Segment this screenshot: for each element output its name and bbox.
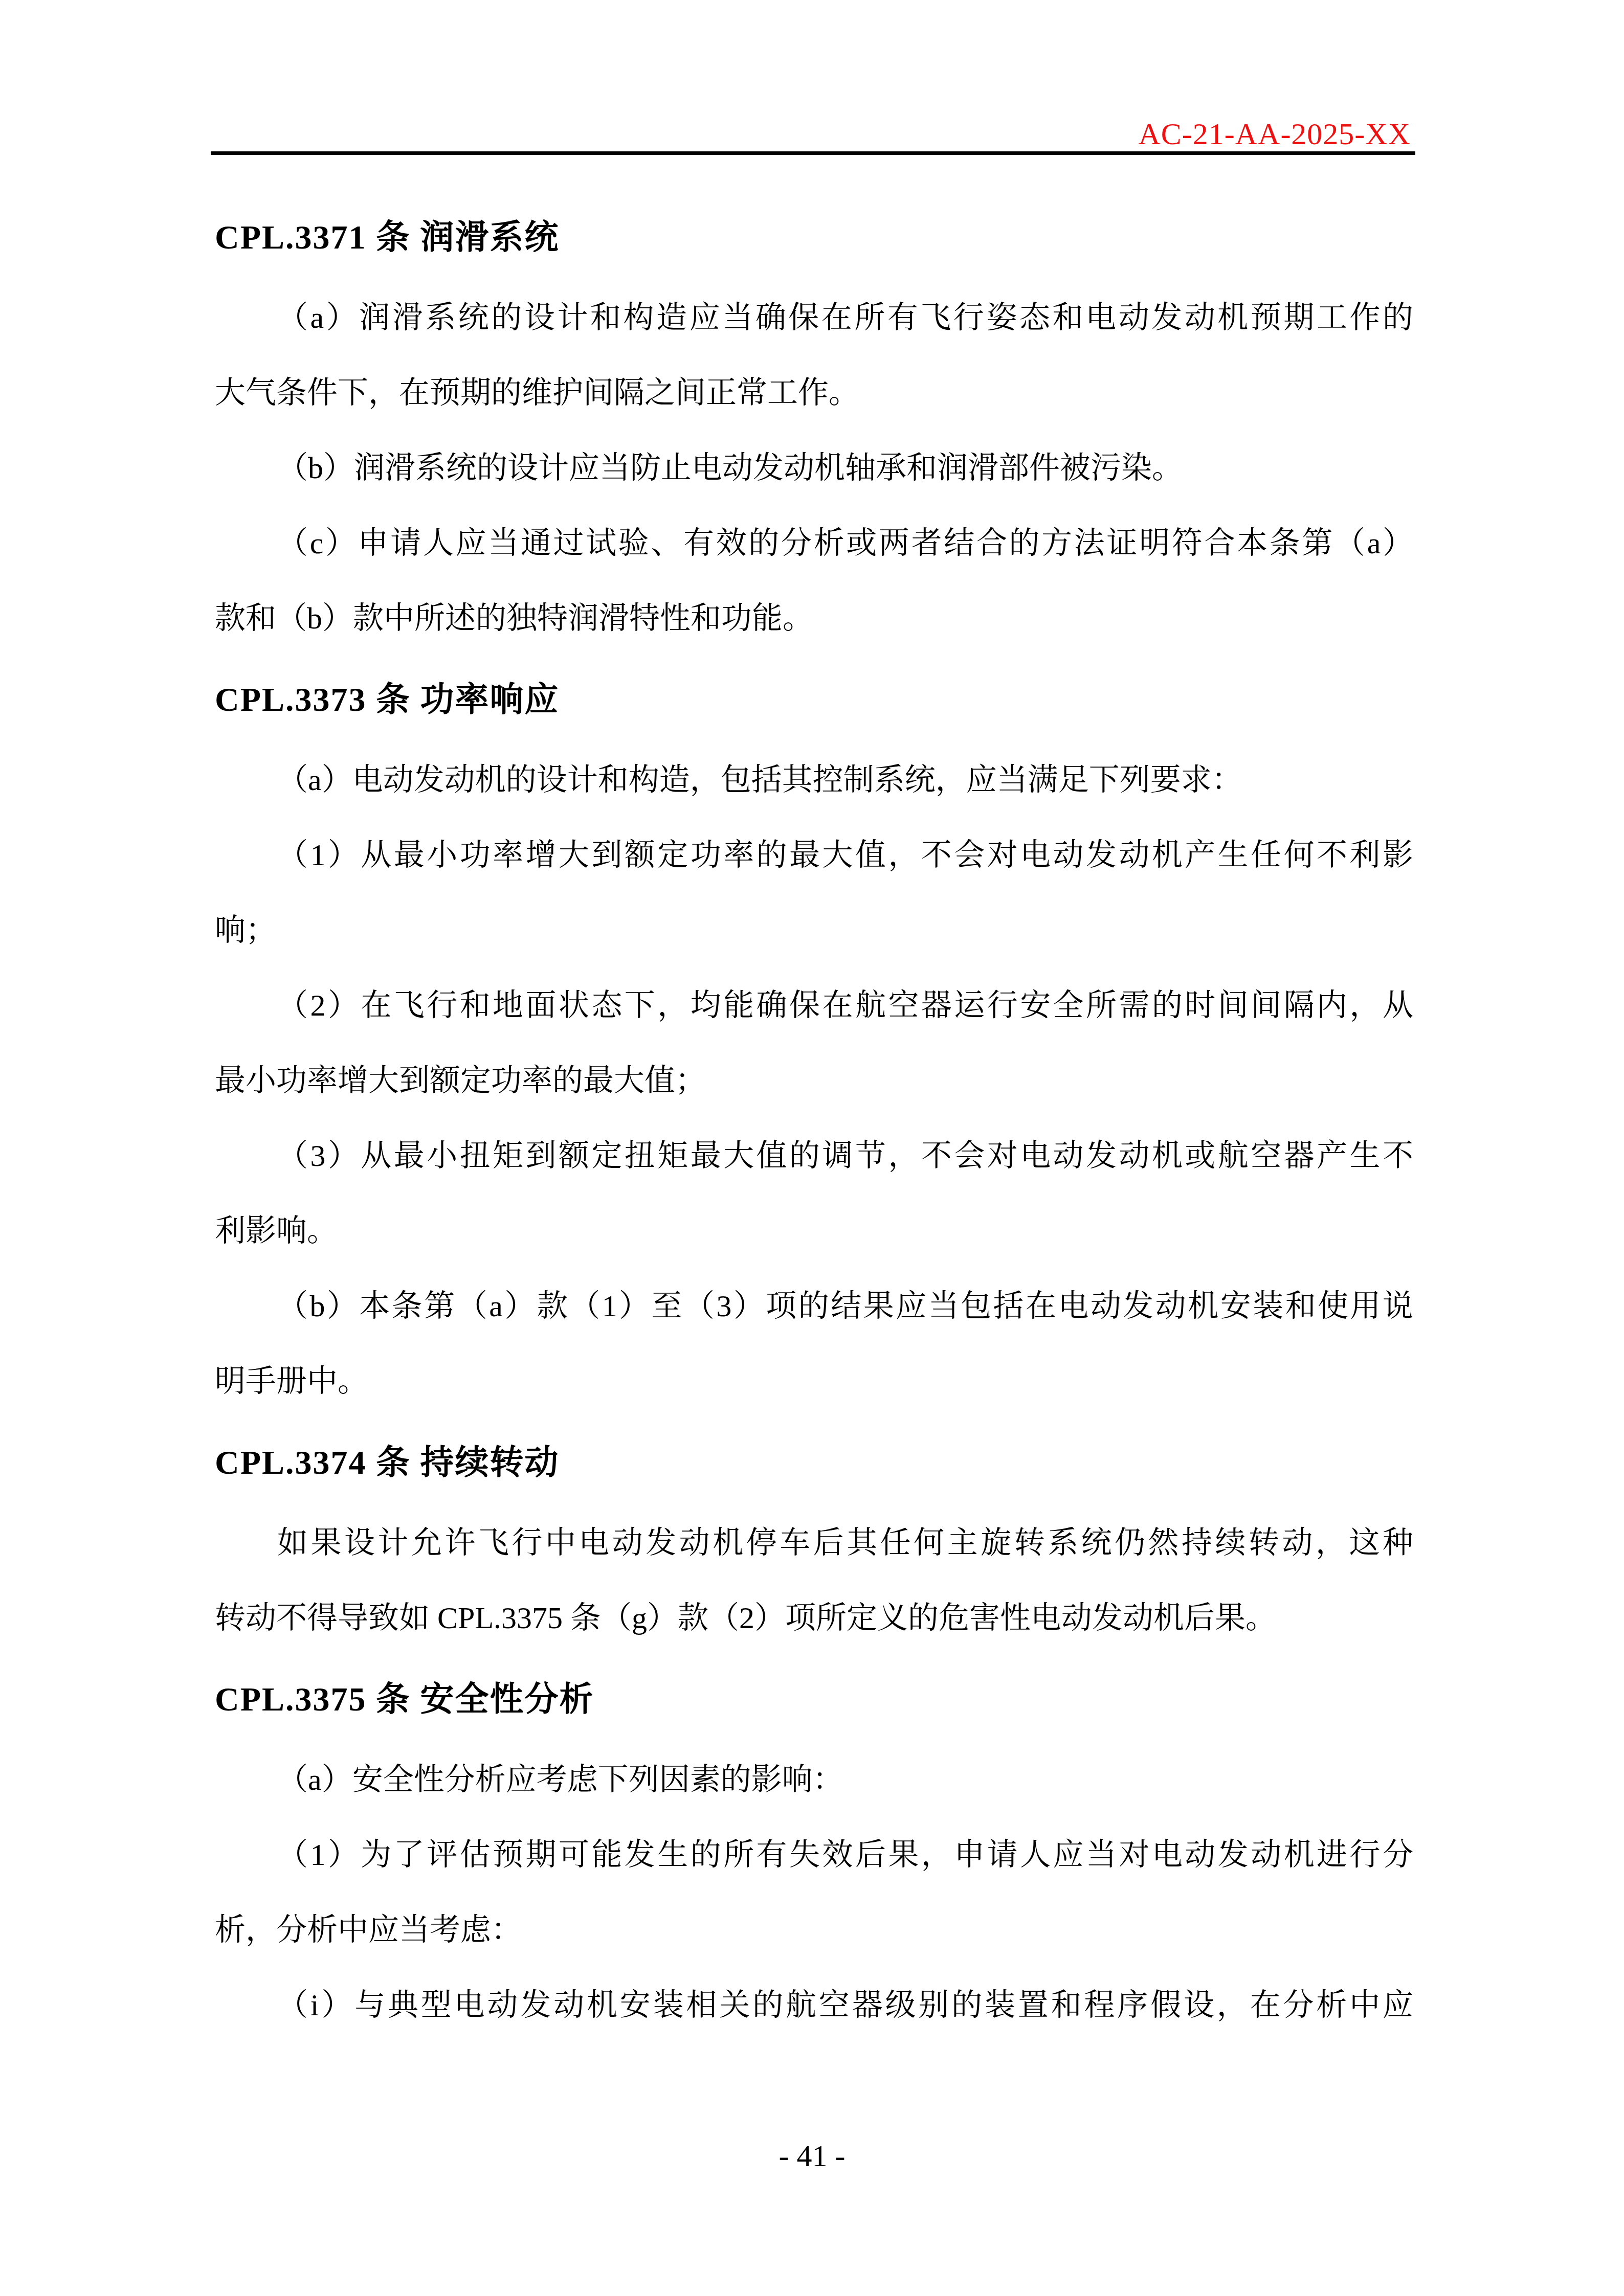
text-line: 析，分析中应当考虑：	[215, 1893, 1413, 1968]
text-line: 利影响。	[215, 1194, 1413, 1269]
text-line: （1）为了评估预期可能发生的所有失效后果，申请人应当对电动发动机进行分	[215, 1817, 1413, 1893]
section-heading-cpl3373: CPL.3373 条 功率响应	[215, 662, 1413, 737]
header-document-number: AC-21-AA-2025-XX	[1138, 119, 1411, 149]
text-line: （a）电动发动机的设计和构造，包括其控制系统，应当满足下列要求：	[215, 742, 1413, 818]
text-line: 大气条件下，在预期的维护间隔之间正常工作。	[215, 355, 1413, 431]
text-line: 款和（b）款中所述的独特润滑特性和功能。	[215, 581, 1413, 656]
header-rule	[211, 151, 1415, 155]
text-line: （i）与典型电动发动机安装相关的航空器级别的装置和程序假设，在分析中应	[215, 1968, 1413, 2043]
document-page: AC-21-AA-2025-XX CPL.3371 条 润滑系统 （a）润滑系统…	[0, 0, 1624, 2296]
text-line: 转动不得导致如 CPL.3375 条（g）款（2）项所定义的危害性电动发动机后果…	[215, 1581, 1413, 1656]
text-line: （c）申请人应当通过试验、有效的分析或两者结合的方法证明符合本条第（a）	[215, 506, 1413, 581]
section-heading-cpl3375: CPL.3375 条 安全性分析	[215, 1662, 1413, 1737]
page-number: - 41 -	[0, 2141, 1624, 2171]
section-heading-cpl3371: CPL.3371 条 润滑系统	[215, 200, 1413, 275]
text-line: （1）从最小功率增大到额定功率的最大值，不会对电动发动机产生任何不利影	[215, 818, 1413, 893]
text-line: （2）在飞行和地面状态下，均能确保在航空器运行安全所需的时间间隔内，从	[215, 968, 1413, 1043]
text-line: （b）本条第（a）款（1）至（3）项的结果应当包括在电动发动机安装和使用说	[215, 1269, 1413, 1344]
text-line: 最小功率增大到额定功率的最大值；	[215, 1043, 1413, 1118]
text-line: （a）润滑系统的设计和构造应当确保在所有飞行姿态和电动发动机预期工作的	[215, 280, 1413, 355]
text-line: 如果设计允许飞行中电动发动机停车后其任何主旋转系统仍然持续转动，这种	[215, 1505, 1413, 1581]
text-line: 明手册中。	[215, 1344, 1413, 1419]
text-line: 响；	[215, 893, 1413, 968]
section-heading-cpl3374: CPL.3374 条 持续转动	[215, 1425, 1413, 1500]
document-body: CPL.3371 条 润滑系统 （a）润滑系统的设计和构造应当确保在所有飞行姿态…	[215, 194, 1413, 2043]
text-line: （3）从最小扭矩到额定扭矩最大值的调节，不会对电动发动机或航空器产生不	[215, 1118, 1413, 1194]
text-line: （a）安全性分析应考虑下列因素的影响：	[215, 1742, 1413, 1817]
text-line: （b）润滑系统的设计应当防止电动发动机轴承和润滑部件被污染。	[215, 431, 1413, 506]
